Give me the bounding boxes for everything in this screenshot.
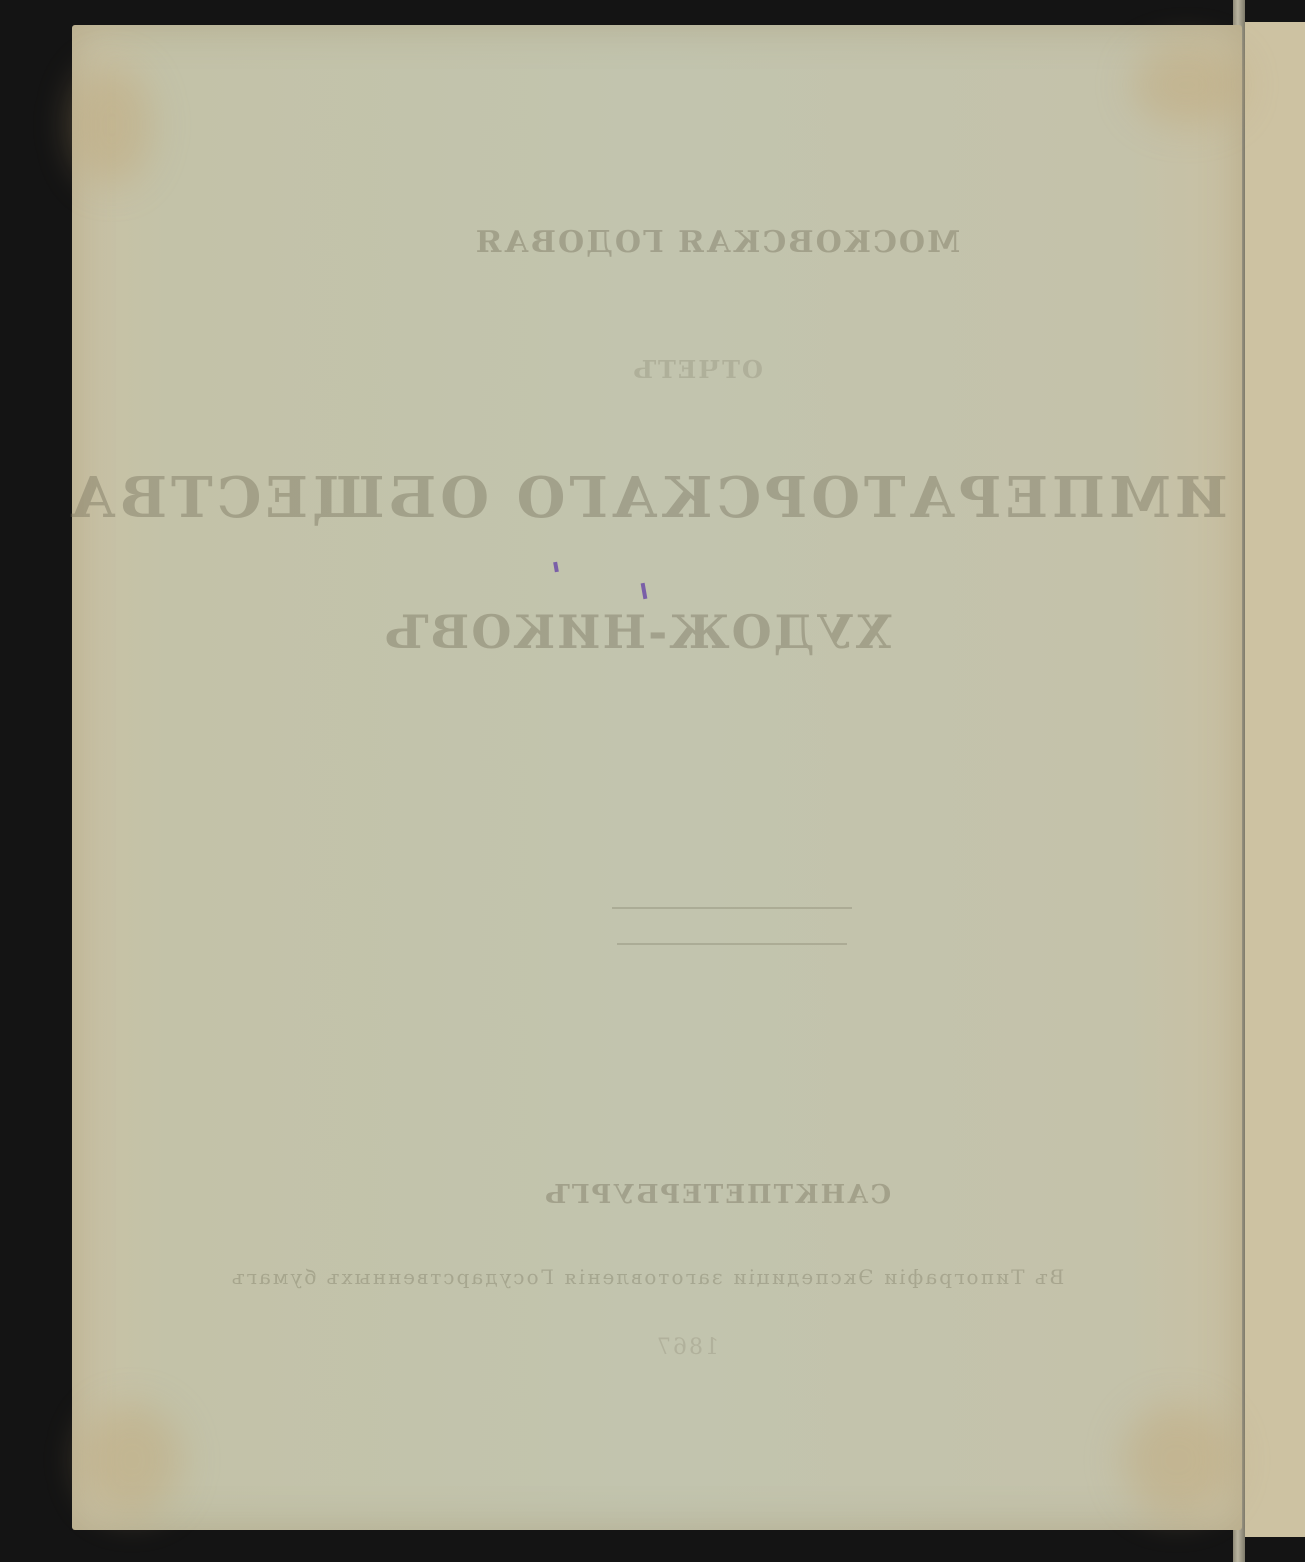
show-through-imprint: Въ Типографіи Экспедиціи заготовленія Го…: [62, 1265, 1232, 1289]
show-through-subheading: ОТЧЕТЪ: [112, 355, 1282, 384]
paper-stain: [1122, 1405, 1232, 1515]
show-through-rule: [612, 907, 852, 909]
paper-stain: [1132, 45, 1242, 125]
violet-ink-mark: [641, 583, 648, 599]
show-through-title: ИМПЕРАТОРСКАГО ОБЩЕСТВА: [62, 465, 1232, 531]
show-through-city: САНКТПЕТЕРБУРГЪ: [132, 1180, 1302, 1210]
scan-border: [1236, 0, 1305, 22]
show-through-year: 1867: [102, 1335, 1272, 1360]
show-through-title-2: ХУДОЖ-НИКОВЪ: [52, 605, 1222, 659]
show-through-rule: [617, 943, 847, 945]
paper-stain: [82, 1405, 182, 1515]
show-through-heading: МОСКОВСКАЯ ГОДОВАЯ: [132, 225, 1302, 260]
violet-ink-mark: [553, 562, 559, 573]
paper-stain: [72, 65, 152, 185]
book-page: МОСКОВСКАЯ ГОДОВАЯ ОТЧЕТЪ ИМПЕРАТОРСКАГО…: [72, 25, 1242, 1530]
